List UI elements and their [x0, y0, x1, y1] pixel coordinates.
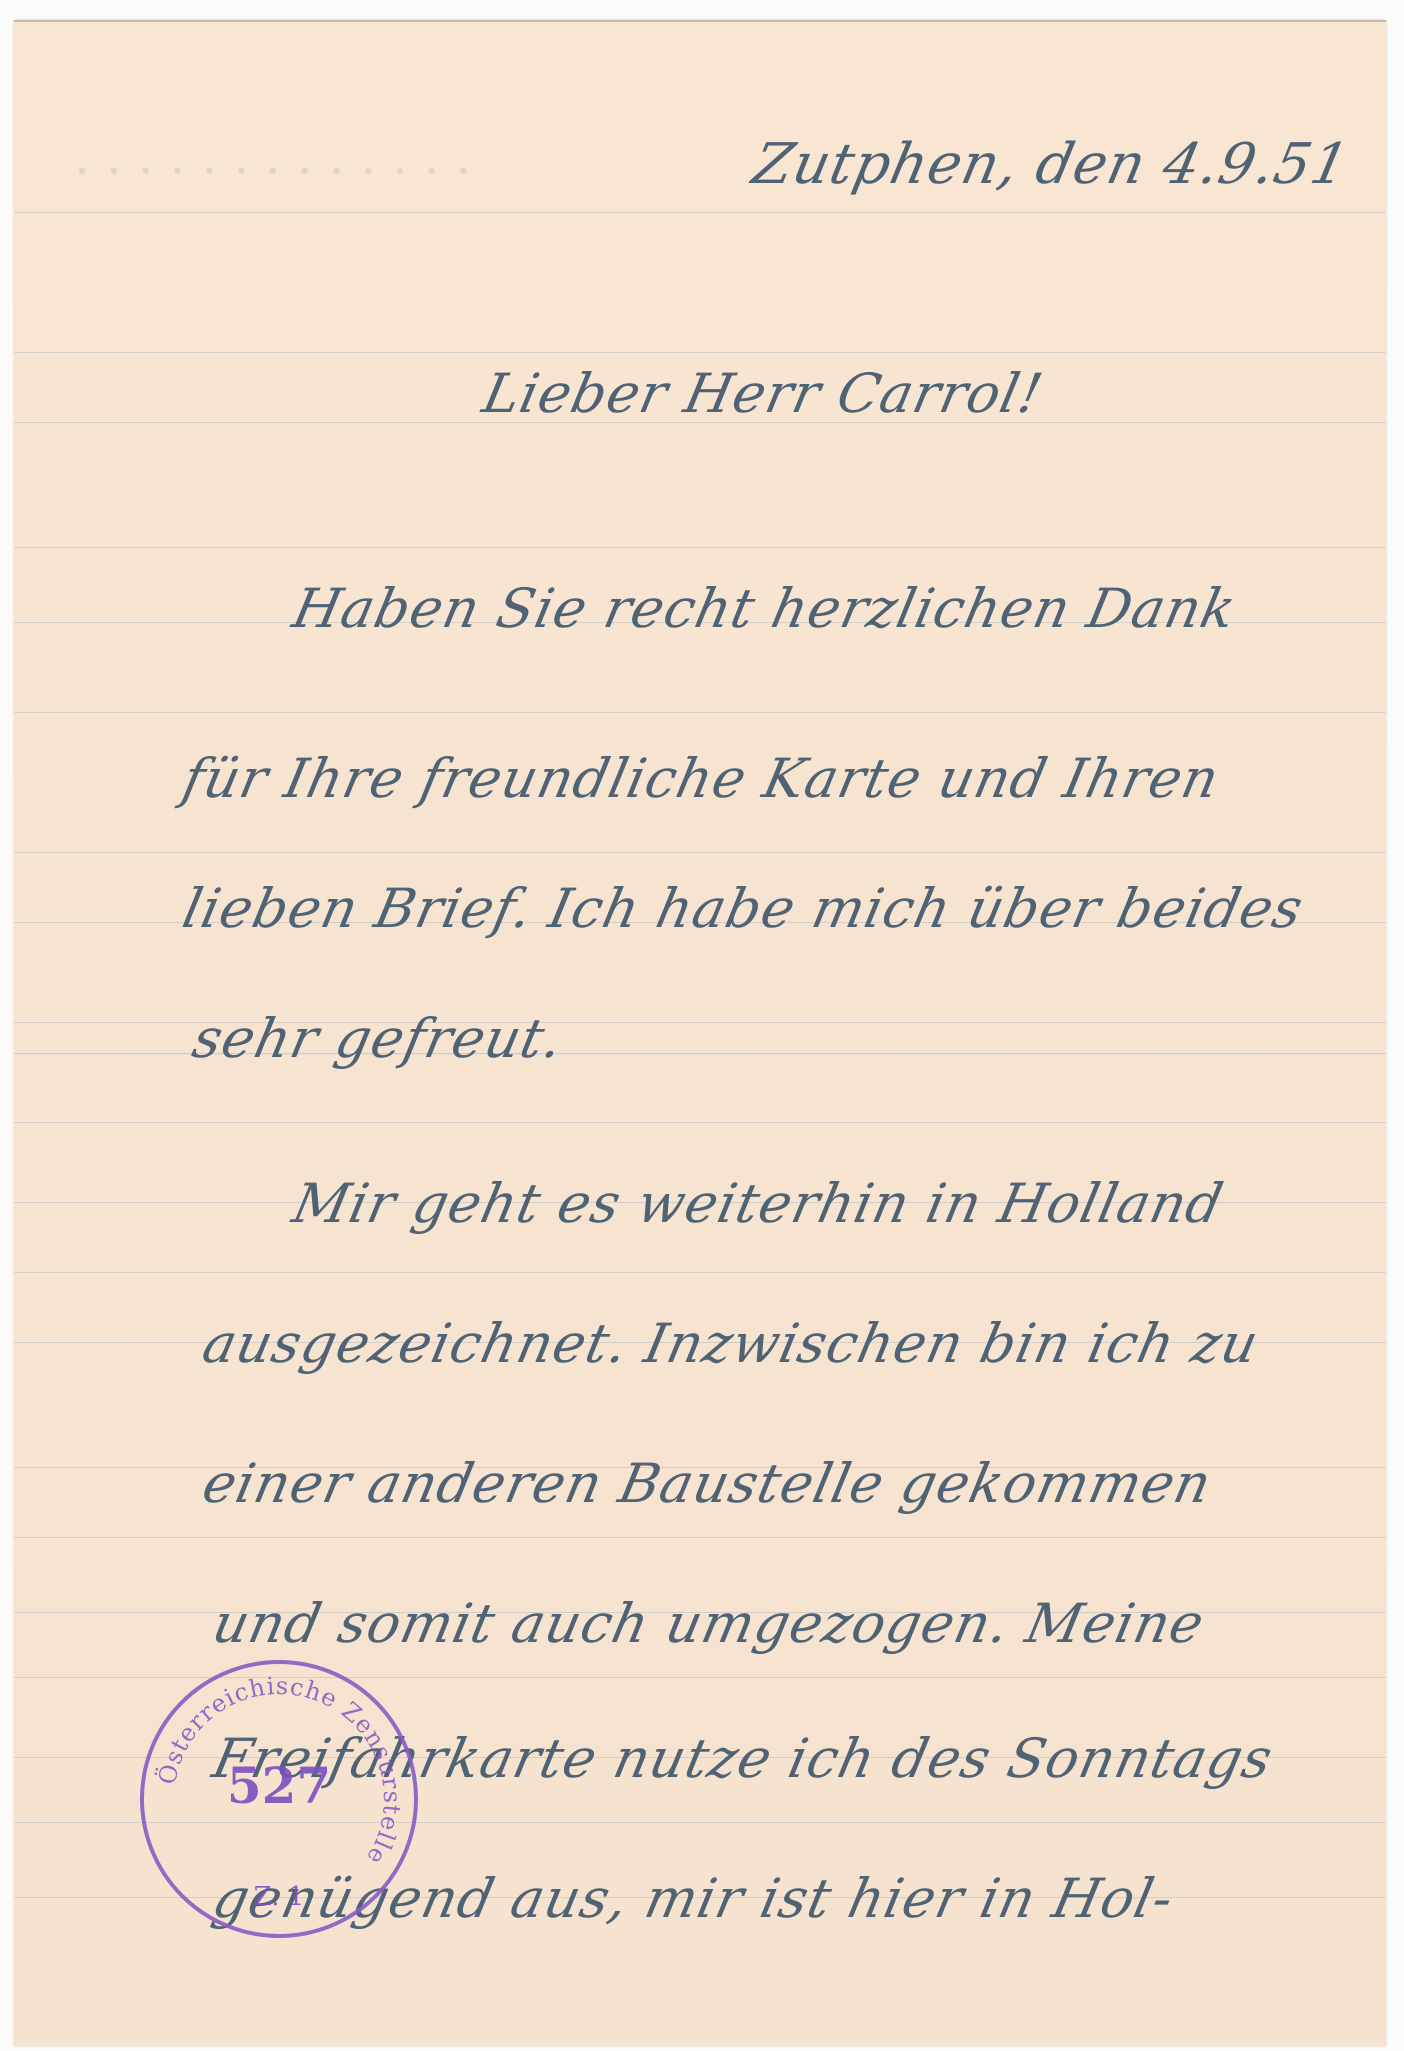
censor-stamp: Österreichische Zensurstelle 527 Z. 1	[140, 1660, 418, 1938]
bleed-through-text: · · · · · · · · · · · · ·	[69, 142, 477, 200]
letter-line: Haben Sie recht herzlichen Dank	[287, 577, 1242, 640]
stamp-sub: Z. 1	[144, 1882, 414, 1912]
ruled-line	[14, 1537, 1386, 1538]
letter-line: einer anderen Baustelle gekommen	[197, 1452, 1217, 1515]
letter-line: für Ihre freundliche Karte und Ihren	[177, 747, 1225, 810]
place-date: Zutphen, den 4.9.51	[747, 132, 1355, 197]
ruled-line	[14, 547, 1386, 548]
ruled-line	[14, 352, 1386, 353]
ruled-line	[14, 852, 1386, 853]
ruled-line	[14, 712, 1386, 713]
ruled-line	[14, 1122, 1386, 1123]
ruled-line	[14, 212, 1386, 213]
ruled-line	[14, 1272, 1386, 1273]
letter-line: lieben Brief. Ich habe mich über beides	[177, 877, 1309, 940]
stamp-number: 527	[144, 1756, 414, 1815]
letter-line: sehr gefreut.	[187, 1007, 569, 1070]
letter-line: und somit auch umgezogen. Meine	[207, 1592, 1210, 1655]
letter-line: Mir geht es weiterhin in Holland	[287, 1172, 1229, 1235]
salutation: Lieber Herr Carrol!	[477, 362, 1048, 425]
letter-line: ausgezeichnet. Inzwischen bin ich zu	[197, 1312, 1264, 1375]
